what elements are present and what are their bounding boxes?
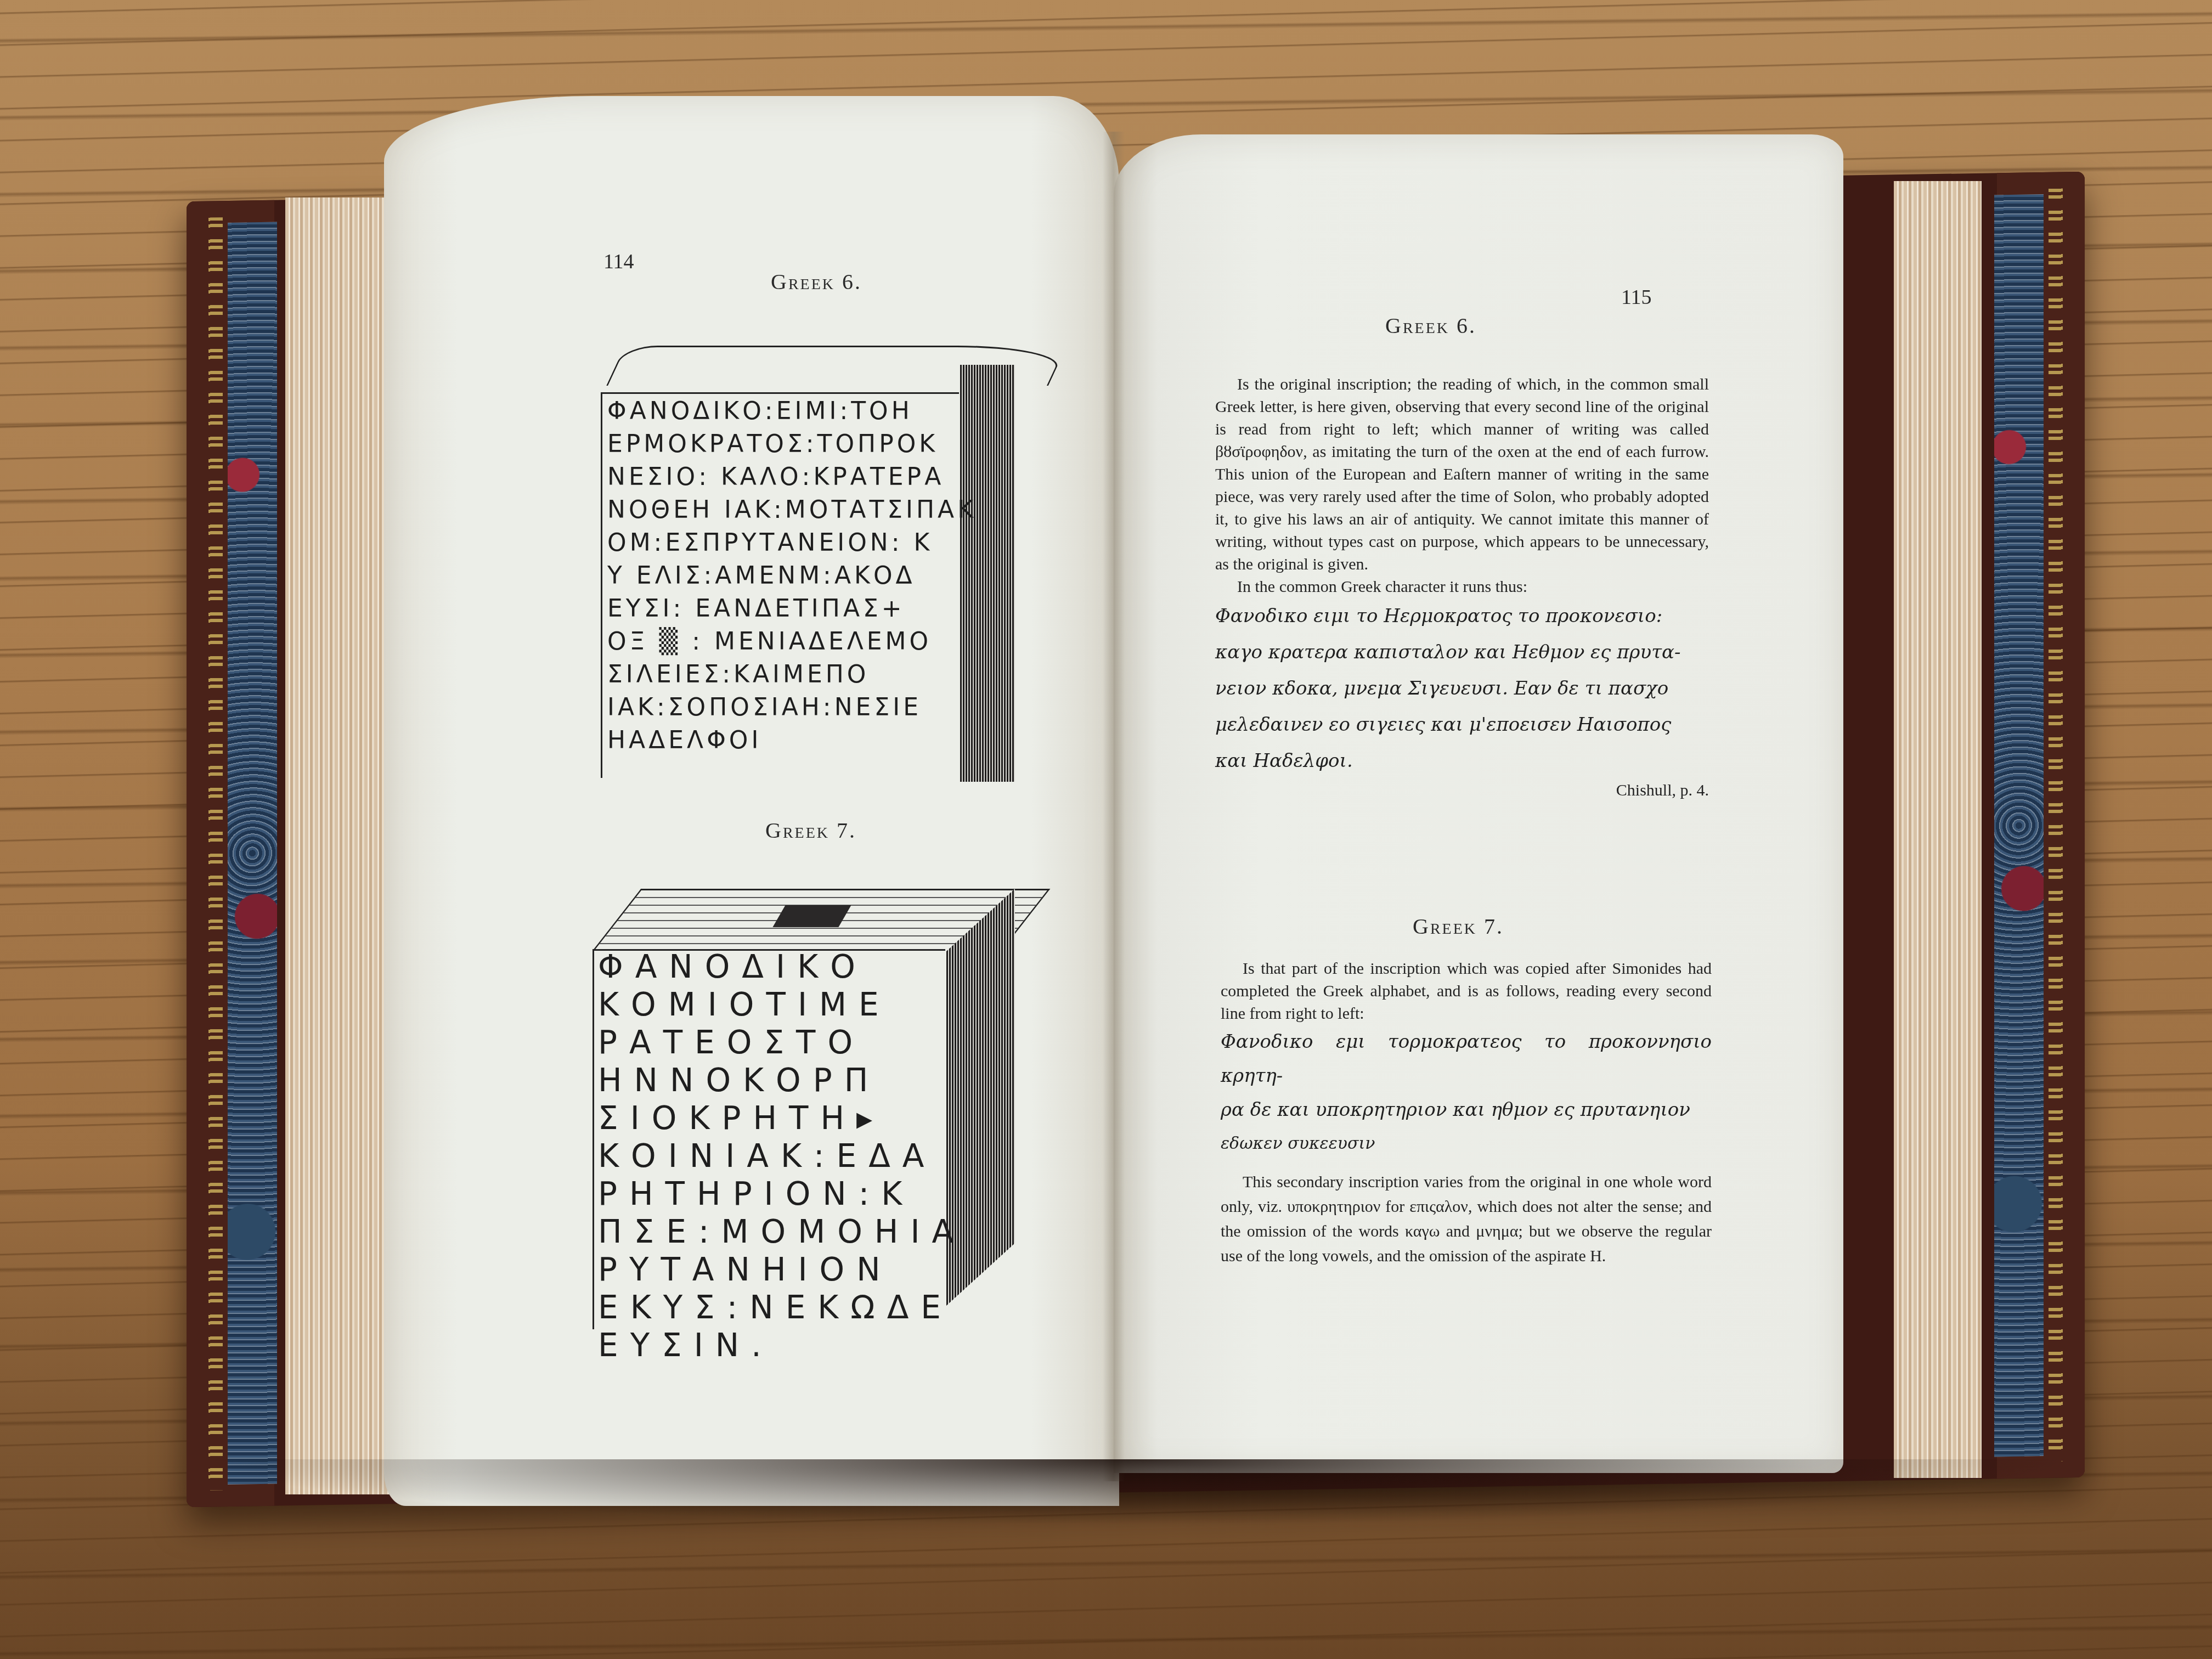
greek6-intro: In the common Greek character it runs th… bbox=[1215, 575, 1709, 598]
greek-line: μελεδαινεν εο σιγειες και μ'εποεισεν Ηαι… bbox=[1215, 707, 1709, 743]
page-block-right bbox=[1894, 181, 1982, 1478]
greek-line: Φανοδικο εμι τορμοκρατεος το προκοννησιο… bbox=[1221, 1025, 1712, 1093]
greek-line: και Ηαδελφοι. bbox=[1215, 743, 1709, 779]
greek7-heading-right: Greek 7. bbox=[1413, 913, 1504, 939]
inscription-line: ΣΙΛΕΙΕΣ:ΚΑΙΜΕΠΟ bbox=[607, 658, 977, 691]
greek7-transliteration: Φανοδικο εμι τορμοκρατεος το προκοννησιο… bbox=[1221, 1025, 1712, 1161]
greek-line: Φανοδικο ειμι το Ηερμοκρατος το προκονεσ… bbox=[1215, 598, 1709, 634]
greek7-inscription-lines: ΦΑΝΟΔΙΚΟ ΚΟΜΙΟΤΙΜΕ ΡΑΤΕΟΣΤΟ ΗΝΝΟΚΟΡΠ ΣΙΟ… bbox=[598, 948, 966, 1364]
citation: Chishull, p. 4. bbox=[1215, 779, 1709, 802]
inscription-line: ΡΑΤΕΟΣΤΟ bbox=[598, 1024, 966, 1062]
greek-key-border-left bbox=[208, 217, 223, 1490]
inscription-line: ΙΑΚ:ΣΟΠΟΣΙΑΗ:ΝΕΣΙΕ bbox=[607, 691, 977, 724]
greek7-inscription-stone: ΦΑΝΟΔΙΚΟ ΚΟΜΙΟΤΙΜΕ ΡΑΤΕΟΣΤΟ ΗΝΝΟΚΟΡΠ ΣΙΟ… bbox=[592, 878, 1064, 1333]
greek6-heading-left: Greek 6. bbox=[771, 269, 862, 295]
greek-line: εδωκεν συκεευσιν bbox=[1221, 1127, 1712, 1161]
inscription-line: ΟΜ:ΕΣΠΡΥΤΑΝΕΙΟΝ: Κ bbox=[607, 527, 977, 560]
greek6-commentary: Is the original inscription; the reading… bbox=[1215, 373, 1709, 802]
inscription-line: ΡΥΤΑΝΗΙΟΝ bbox=[598, 1251, 966, 1289]
greek6-paragraph: Is the original inscription; the reading… bbox=[1215, 373, 1709, 575]
inscription-line: ΗΑΔΕΛΦΟΙ bbox=[607, 724, 977, 757]
inscription-line: ΦΑΝΟΔΙΚΟ bbox=[598, 948, 966, 986]
inscription-line: ΕΡΜΟΚΡΑΤΟΣ:ΤΟΠΡΟΚ bbox=[607, 428, 977, 461]
inscription-line: ΕΚΥΣ:ΝΕΚΩΔΕ bbox=[598, 1289, 966, 1327]
greek6-transliteration: Φανοδικο ειμι το Ηερμοκρατος το προκονεσ… bbox=[1215, 598, 1709, 779]
inscription-line: ΕΥΣΙ: ΕΑΝΔΕΤΙΠΑΣ+ bbox=[607, 592, 977, 625]
page-number-right: 115 bbox=[1621, 285, 1652, 309]
greek-key-border-right bbox=[2049, 188, 2063, 1461]
inscription-line: ΝΟΘΕΗ ΙΑΚ:ΜΟΤΑΤΣΙΠΑΚ bbox=[607, 494, 977, 527]
greek7-commentary: Is that part of the inscription which wa… bbox=[1221, 957, 1712, 1268]
inscription-line: ΣΙΟΚΡΗΤΗ▸ bbox=[598, 1099, 966, 1137]
page-block-left bbox=[285, 198, 395, 1494]
inscription-line: ΚΟΜΙΟΤΙΜΕ bbox=[598, 986, 966, 1024]
right-page bbox=[1114, 134, 1843, 1473]
marbled-endpaper-right bbox=[1994, 194, 2044, 1457]
greek-line: καγο κρατερα καπισταλον και Ηεθμον ες πρ… bbox=[1215, 634, 1709, 670]
inscription-line: ΦΑΝΟΔΙΚΟ:ΕΙΜΙ:ΤΟΗ bbox=[607, 395, 977, 428]
greek6-heading-right: Greek 6. bbox=[1385, 313, 1476, 338]
inscription-line: ΗΝΝΟΚΟΡΠ bbox=[598, 1062, 966, 1099]
inscription-line: Υ ΕΛΙΣ:ΑΜΕΝΜ:ΑΚΟΔ bbox=[607, 560, 977, 592]
greek-line: νειον κδοκα, μνεμα Σιγευευσι. Εαν δε τι … bbox=[1215, 670, 1709, 707]
book-gutter bbox=[1103, 132, 1125, 1481]
greek6-inscription-stone: ΦΑΝΟΔΙΚΟ:ΕΙΜΙ:ΤΟΗ ΕΡΜΟΚΡΑΤΟΣ:ΤΟΠΡΟΚ ΝΕΣΙ… bbox=[601, 340, 1056, 779]
book-shadow bbox=[198, 1459, 2074, 1525]
stone-top-socket bbox=[772, 905, 851, 927]
greek7-paragraph: Is that part of the inscription which wa… bbox=[1221, 957, 1712, 1025]
photo-scene: 114 Greek 6. ΦΑΝΟΔΙΚΟ:ΕΙΜΙ:ΤΟΗ ΕΡΜΟΚΡΑΤΟ… bbox=[0, 0, 2212, 1659]
inscription-line: ΠΣΕ:ΜΟΜΟΗΙΑ bbox=[598, 1213, 966, 1251]
inscription-line: ΚΟΙΝΙΑΚ:ΕΔΑ bbox=[598, 1137, 966, 1175]
cover-right-board bbox=[1997, 172, 2085, 1479]
inscription-line: ΟΞ ▒ : ΜΕΝΙΑΔΕΛΕΜΟ bbox=[607, 625, 977, 658]
inscription-line: ΕΥΣΙΝ. bbox=[598, 1327, 966, 1364]
greek6-inscription-lines: ΦΑΝΟΔΙΚΟ:ΕΙΜΙ:ΤΟΗ ΕΡΜΟΚΡΑΤΟΣ:ΤΟΠΡΟΚ ΝΕΣΙ… bbox=[607, 395, 977, 757]
greek7-notes: This secondary inscription varies from t… bbox=[1221, 1170, 1712, 1268]
greek-line: ρα δε και υποκρητηριον και ηθμον ες πρυτ… bbox=[1221, 1093, 1712, 1127]
inscription-line: ΡΗΤΗΡΙΟΝ:Κ bbox=[598, 1175, 966, 1213]
greek7-heading-left: Greek 7. bbox=[765, 817, 856, 843]
inscription-line: ΝΕΣΙΟ: ΚΑΛΟ:ΚΡΑΤΕΡΑ bbox=[607, 461, 977, 494]
page-number-left: 114 bbox=[603, 250, 634, 274]
cover-left-board bbox=[187, 200, 274, 1508]
marbled-endpaper-left bbox=[228, 222, 277, 1485]
